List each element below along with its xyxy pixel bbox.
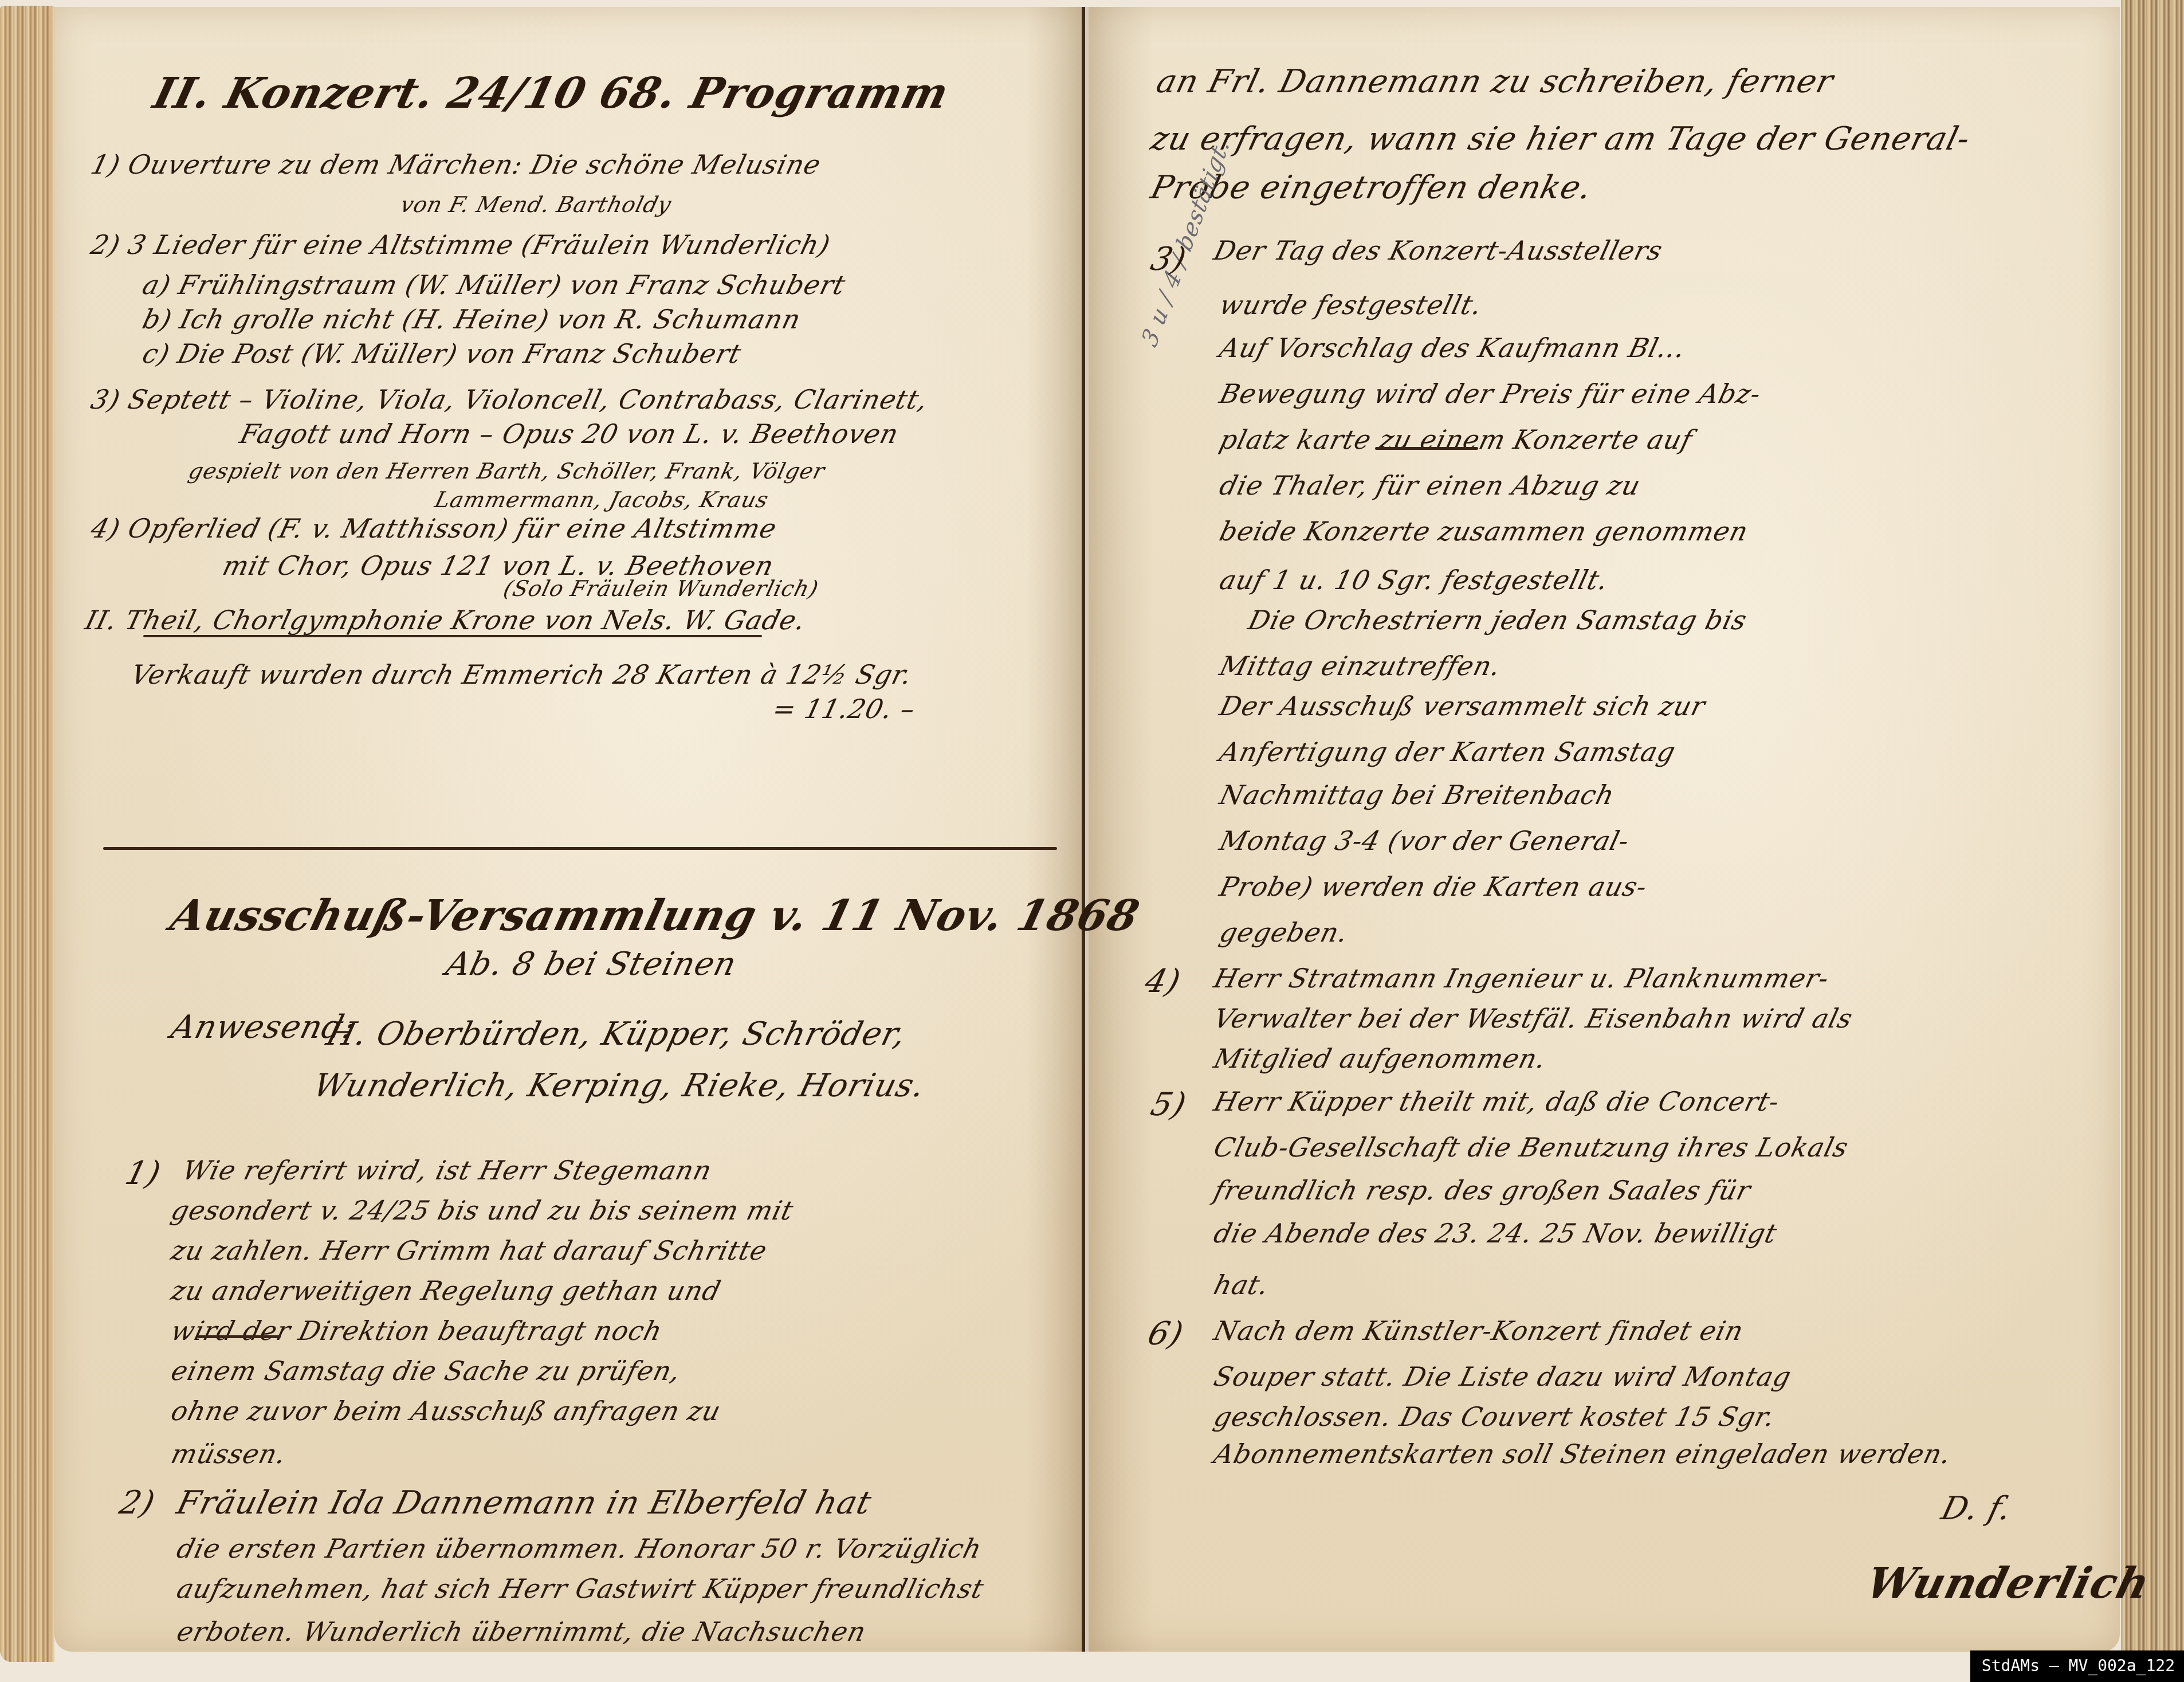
item-5-line: hat. [1211, 1269, 1272, 1300]
open-book: II. Konzert. 24/10 68. Programm 1) Ouver… [0, 0, 2184, 1682]
item-4-line: Mitglied aufgenommen. [1211, 1043, 1550, 1074]
item-6-line: Abonnementskarten soll Steinen eingelade… [1211, 1438, 1954, 1469]
item-1-line: müssen. [168, 1438, 289, 1469]
concert-heading: II. Konzert. 24/10 68. Programm [148, 69, 953, 118]
program-item-3: 3) Septett – Violine, Viola, Violoncell,… [88, 384, 932, 415]
item-3-line: wurde festgestellt. [1216, 289, 1486, 320]
program-item-2a: a) Frühlingstraum (W. Müller) von Franz … [139, 269, 849, 300]
item-text: Theil, Chorlgymphonie Krone von Nels. W.… [122, 605, 809, 636]
item-4-line: Verwalter bei der Westfäl. Eisenbahn wir… [1211, 1003, 1856, 1034]
program-item-4: 4) Opferlied (F. v. Matthisson) für eine… [88, 513, 780, 544]
item-2-line: die ersten Partien übernommen. Honorar 5… [174, 1533, 985, 1564]
gutter-shadow-left [1026, 7, 1082, 1652]
meeting-heading: Ausschuß-Versammlung v. 11 Nov. 1868 [166, 891, 1144, 940]
gutter-shadow-right [1085, 7, 1154, 1652]
continuation-line: zu erfragen, wann sie hier am Tage der G… [1147, 120, 1974, 158]
program-item-2: 2) 3 Lieder für eine Altstimme (Fräulein… [88, 229, 834, 260]
item-3-line: Bewegung wird der Preis für eine Abz- [1216, 378, 1764, 409]
archive-label: StdAMs – MV_002a_122 [1970, 1650, 2184, 1682]
item-3-line: Montag 3-4 (vor der General- [1216, 825, 1633, 856]
item-3-line: Der Tag des Konzert-Ausstellers [1211, 235, 1666, 266]
underline [1375, 447, 1478, 450]
solo-note: (Solo Fräulein Wunderlich) [501, 576, 822, 601]
item-3-line: Probe) werden die Karten aus- [1216, 871, 1651, 902]
item-5-line: freundlich resp. des großen Saales für [1211, 1175, 1754, 1206]
item-text: Ouverture zu dem Märchen: Die schöne Mel… [125, 149, 824, 180]
item-text: 3 Lieder für eine Altstimme (Fräulein Wu… [125, 229, 834, 260]
continuation-line: an Frl. Dannemann zu schreiben, ferner [1153, 63, 1837, 100]
book-gutter [1082, 7, 1085, 1652]
item-3-line: gegeben. [1216, 917, 1352, 948]
item-6-line: Nach dem Künstler-Konzert findet ein [1211, 1315, 1747, 1346]
meeting-location: Ab. 8 bei Steinen [442, 946, 740, 983]
section-divider [103, 847, 1057, 850]
item-3-line: Anfertigung der Karten Samstag [1216, 736, 1679, 767]
item-3-line: beide Konzerte zusammen genommen [1216, 516, 1751, 547]
item-1-line: zu zahlen. Herr Grimm hat darauf Schritt… [168, 1235, 771, 1266]
item-3-line: Auf Vorschlag des Kaufmann Bl... [1216, 332, 1688, 363]
item-text: Opferlied (F. v. Matthisson) für eine Al… [125, 513, 780, 544]
item-2-line: aufzunehmen, hat sich Herr Gastwirt Küpp… [174, 1573, 987, 1604]
item-3-line: Die Orchestriern jeden Samstag bis [1245, 605, 1750, 636]
item-1-line: zu anderweitigen Regelung gethan und [168, 1275, 724, 1306]
item-3-line: Der Ausschuß versammelt sich zur [1216, 691, 1708, 722]
item-2-line: Fräulein Ida Dannemann in Elberfeld hat [173, 1484, 875, 1522]
item-1-line: einem Samstag die Sache zu prüfen, [168, 1355, 684, 1386]
item-4-line: Herr Stratmann Ingenieur u. Planknummer- [1211, 963, 1832, 994]
program-item-3-sub: Fagott und Horn – Opus 20 von L. v. Beet… [237, 418, 902, 449]
item-3-line: Nachmittag bei Breitenbach [1216, 779, 1618, 810]
divider-short [143, 635, 762, 637]
item-text: Septett – Violine, Viola, Violoncell, Co… [125, 384, 932, 415]
program-item-1: 1) Ouverture zu dem Märchen: Die schöne … [88, 149, 824, 180]
ticket-sales-note: Verkauft wurden durch Emmerich 28 Karten… [128, 659, 916, 690]
item-text: Die Post (W. Müller) von Franz Schubert [175, 338, 745, 369]
item-6-line: Souper statt. Die Liste dazu wird Montag [1211, 1361, 1794, 1392]
program-item-2b: b) Ich grolle nicht (H. Heine) von R. Sc… [139, 304, 804, 335]
item-text: Frühlingstraum (W. Müller) von Franz Sch… [175, 269, 849, 300]
item-5-line: die Abende des 23. 24. 25 Nov. bewilligt [1211, 1218, 1780, 1249]
performers-line-2: Lammermann, Jacobs, Kraus [433, 487, 772, 512]
item-2-line: erboten. Wunderlich übernimmt, die Nachs… [174, 1616, 869, 1647]
program-item-2c: c) Die Post (W. Müller) von Franz Schube… [139, 338, 745, 369]
item-1-line: wird der Direktion beauftragt noch [168, 1315, 666, 1346]
ticket-sales-total: = 11.20. – [769, 693, 919, 724]
item-3-line: auf 1 u. 10 Sgr. festgestellt. [1216, 564, 1612, 595]
item-5-line: Herr Küpper theilt mit, daß die Concert- [1211, 1086, 1783, 1117]
program-item-1-sub: von F. Mend. Bartholdy [398, 192, 674, 217]
item-1-line: gesondert v. 24/25 bis und zu bis seinem… [168, 1195, 797, 1226]
present-names: H. Oberbürden, Küpper, Schröder, Wunderl… [308, 1009, 1050, 1112]
item-1-line: ohne zuvor beim Ausschuß anfragen zu [168, 1395, 724, 1426]
signature-prefix: D. f. [1938, 1490, 2016, 1527]
item-text: Ich grolle nicht (H. Heine) von R. Schum… [176, 304, 804, 335]
item-1-line: Wie referirt wird, ist Herr Stegemann [179, 1155, 715, 1186]
item-3-line: platz karte zu einem Konzerte auf [1216, 424, 1696, 455]
page-edges-right [2121, 0, 2184, 1650]
underline [198, 1335, 281, 1338]
item-3-line: Mittag einzutreffen. [1216, 650, 1504, 681]
page-edges-left [0, 6, 54, 1662]
item-5-line: Club-Gesellschaft die Benutzung ihres Lo… [1211, 1132, 1852, 1163]
item-3-line: die Thaler, für einen Abzug zu [1216, 470, 1644, 501]
signature: Wunderlich [1861, 1559, 2155, 1608]
program-part-2: II. Theil, Chorlgymphonie Krone von Nels… [82, 605, 809, 636]
performers-line: gespielt von den Herren Barth, Schöller,… [186, 458, 828, 484]
item-6-line: geschlossen. Das Couvert kostet 15 Sgr. [1211, 1401, 1778, 1432]
